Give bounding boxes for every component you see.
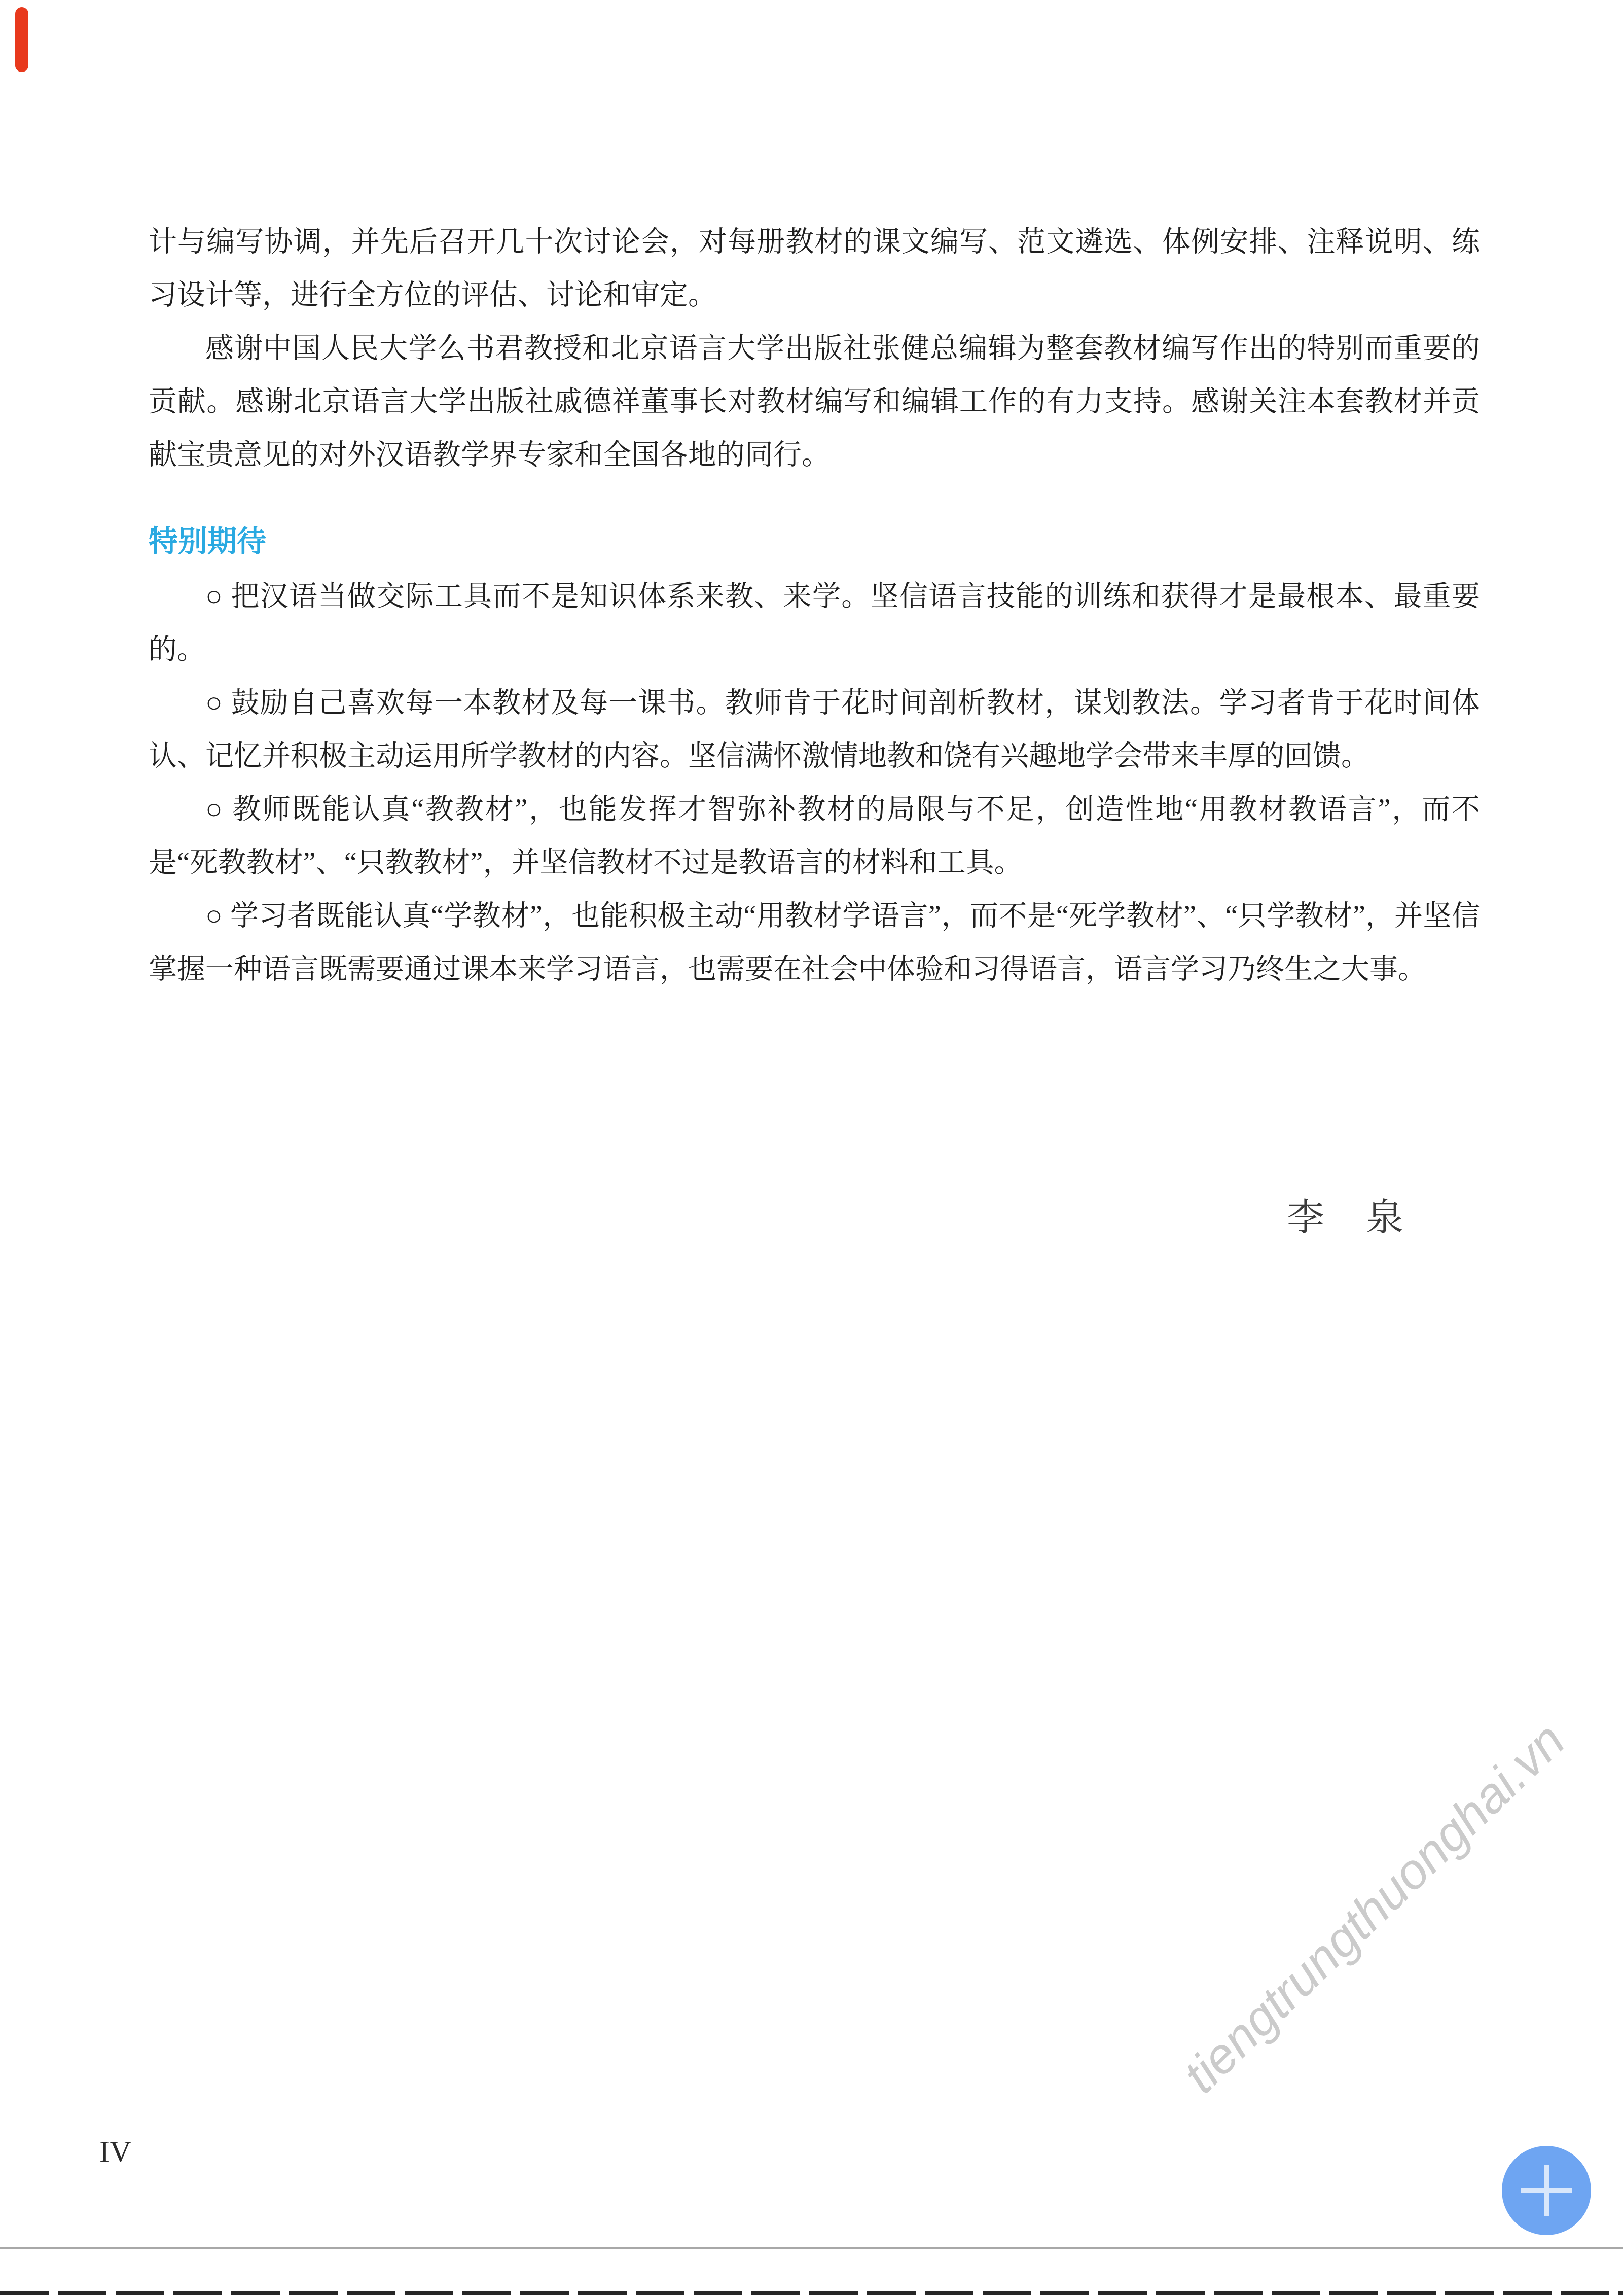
page-edge-dashed-line [0, 2291, 1623, 2295]
paragraph-continuation: 计与编写协调，并先后召开几十次讨论会，对每册教材的课文编写、范文遴选、体例安排、… [149, 216, 1480, 322]
plus-icon [1519, 2163, 1574, 2218]
document-page: 计与编写协调，并先后召开几十次讨论会，对每册教材的课文编写、范文遴选、体例安排、… [0, 0, 1623, 2296]
author-signature: 李 泉 [1287, 1192, 1405, 1245]
section-heading: 特别期待 [149, 521, 1480, 562]
bullet-item: ○ 学习者既能认真“学教材”，也能积极主动“用教材学语言”，而不是“死学教材”、… [149, 890, 1480, 996]
watermark: tiengtrungthuonghai.vn [1132, 1672, 1616, 2143]
preface-text: 计与编写协调，并先后召开几十次讨论会，对每册教材的课文编写、范文遴选、体例安排、… [149, 216, 1480, 996]
bullet-item: ○ 把汉语当做交际工具而不是知识体系来教、来学。坚信语言技能的训练和获得才是最根… [149, 570, 1480, 677]
divider-line [0, 2247, 1623, 2249]
page-number: IV [99, 2136, 131, 2167]
bullet-item: ○ 鼓励自己喜欢每一本教材及每一课书。教师肯于花时间剖析教材，谋划教法。学习者肯… [149, 677, 1480, 783]
add-button[interactable] [1502, 2146, 1591, 2235]
bullet-item: ○ 教师既能认真“教教材”，也能发挥才智弥补教材的局限与不足，创造性地“用教材教… [149, 783, 1480, 890]
bookmark-indicator [15, 7, 28, 72]
paragraph-acknowledgements: 感谢中国人民大学么书君教授和北京语言大学出版社张健总编辑为整套教材编写作出的特别… [149, 322, 1480, 482]
